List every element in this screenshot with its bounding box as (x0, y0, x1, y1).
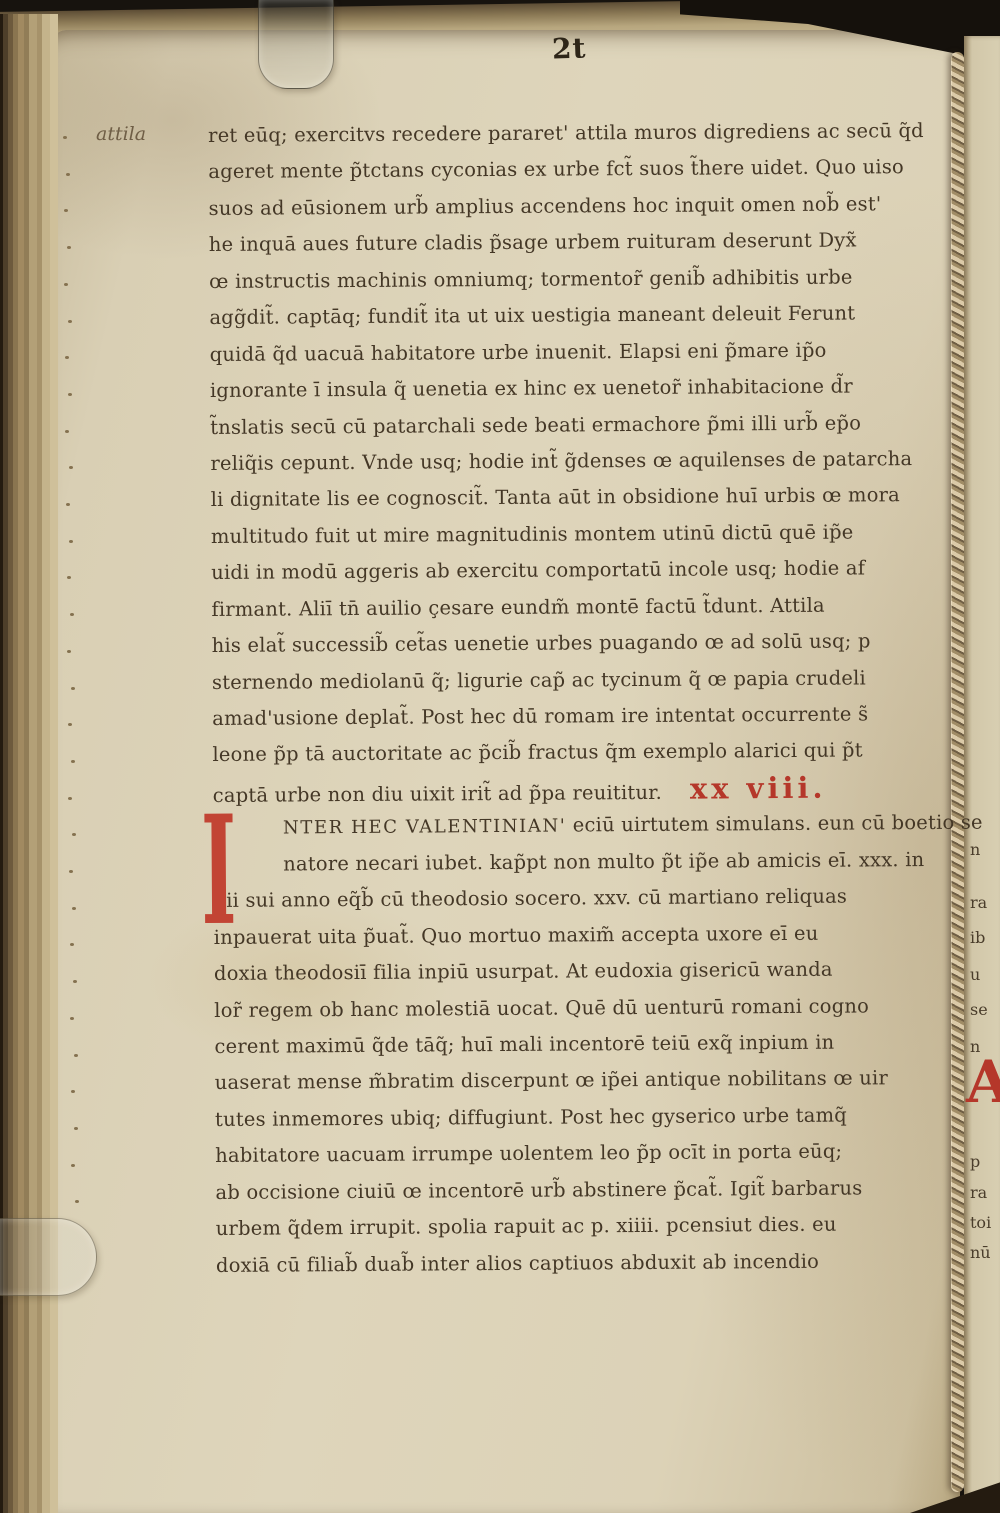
manuscript-line: t̃nslatis secū cū patarchali sede beati … (210, 404, 958, 446)
manuscript-line: captā urbe non diu uixit irit̃ ad p̃pa r… (213, 769, 961, 811)
prick-dot (74, 1054, 78, 1057)
manuscript-line: suos ad eūsionem urb̃ amplius accendens … (209, 186, 957, 228)
manuscript-line: ret eūq; exercitvs recedere pararet' att… (208, 113, 956, 155)
manuscript-line: firmant. Aliī tn̄ auilio çesare eundm̃ m… (211, 586, 959, 628)
manuscript-line: quidā q̃d uacuā habitatore urbe inuenit.… (210, 331, 958, 373)
manuscript-line: agg̃dit̃. captāq; fundit̃ ita ut uix ues… (209, 295, 957, 337)
manuscript-line: ageret mente p̃tctans cyconias ex urbe f… (208, 149, 956, 191)
prick-dot (72, 907, 76, 910)
prick-dot (66, 503, 70, 506)
manuscript-line: doxiā cū filiab̃ duab̃ inter alios capti… (216, 1242, 964, 1284)
manuscript-line: cerent maximū q̃de tāq̃; huī mali incent… (214, 1024, 962, 1066)
prick-dot (63, 136, 67, 139)
manuscript-line: tutes inmemores ubiq; diffugiunt. Post h… (215, 1097, 963, 1139)
next-page-text-fragment: ra (970, 893, 987, 912)
next-page-text-fragment: ra (970, 1183, 987, 1202)
manuscript-line: doxia theodosiī filia inpiū usurpat. At … (214, 951, 962, 993)
prick-dot (71, 687, 75, 690)
manuscript-line-caps: NTER HEC VALENTINIAN' (283, 816, 567, 839)
prick-dot (65, 430, 69, 433)
next-page-text-fragment: p (970, 1152, 980, 1171)
manuscript-line: li dignitate lis ee cognoscit̃. Tanta aū… (211, 477, 959, 519)
next-page-text-fragment: nū (970, 1243, 991, 1262)
manuscript-line: his elat̃ successib̃ cet̃as uenetie urbe… (212, 623, 960, 665)
manuscript-line: reliq̃is cepunt. Vnde usq; hodie int̃ g̃… (210, 441, 958, 483)
next-page-text-fragment: se (970, 1000, 988, 1019)
manuscript-line: NTER HEC VALENTINIAN' eciū uirtutem simu… (213, 805, 961, 847)
prick-dot (69, 540, 73, 543)
next-page-text-fragment: u (970, 965, 980, 984)
prick-dot (68, 797, 72, 800)
text-block: I ret eūq; exercitvs recedere pararet' a… (208, 113, 964, 1298)
manuscript-line: œ instructis machinis omniumq; tormentor… (209, 259, 957, 301)
prick-dot (68, 320, 72, 323)
folio-number: 2t (551, 31, 587, 65)
manuscript-line: ab occisione ciuiū œ incentorē urb̃ abst… (215, 1169, 963, 1211)
page-clip-left (0, 1218, 97, 1296)
manuscript-line: uaserat mense m̃bratim discerpunt œ ip̃e… (215, 1060, 963, 1102)
manuscript-line: natore necari iubet. kap̃pt non multo p̃… (213, 842, 961, 884)
prick-dot (71, 760, 75, 763)
manuscript-line: habitatore uacuam irrumpe uolentem leo p… (215, 1133, 963, 1175)
manuscript-line: leone p̃p tā auctoritate ac p̃cib̃ fract… (212, 732, 960, 774)
manuscript-line: amad'usione deplat̃. Post hec dū romam i… (212, 696, 960, 738)
prick-dot (73, 980, 77, 983)
next-page-red-initial: A (966, 1048, 1000, 1116)
prick-dot (70, 1017, 74, 1020)
margin-note-attila: attila (96, 123, 146, 145)
manuscript-line: sternendo mediolanū q̃; ligurie cap̃ ac … (212, 659, 960, 701)
page-clip-top (258, 0, 334, 89)
manuscript-line: ignorante ī insula q̃ uenetia ex hinc ex… (210, 368, 958, 410)
prick-dot (70, 613, 74, 616)
manuscript-line: multitudo fuit ut mire magnitudinis mont… (211, 514, 959, 556)
next-page-text-fragment: ib (970, 928, 985, 947)
manuscript-line: inpauerat uita p̃uat̃. Quo mortuo maxim̃… (214, 914, 962, 956)
manuscript-line: urbem q̃dem irrupit. spolia rapuit ac p.… (216, 1206, 964, 1248)
next-page-text-fragment: n (970, 840, 980, 859)
manuscript-line: p̃ii sui anno eq̃b̃ cū theodosio socero.… (213, 878, 961, 920)
prick-dot (68, 393, 72, 396)
next-page-text-fragment: toi (970, 1213, 991, 1232)
next-page-sliver: nraibusenApratoinū (964, 36, 1000, 1513)
chapter-number-rubric: xx viii. (690, 771, 827, 806)
prick-dot (64, 283, 68, 286)
red-initial-letter: I (201, 796, 225, 952)
prick-dot (66, 173, 70, 176)
manuscript-line: he inquā aues future cladis p̃sage urbem… (209, 222, 957, 264)
prick-dot (69, 870, 73, 873)
prick-dot (71, 1164, 75, 1167)
prick-dot (67, 650, 71, 653)
prick-dot (67, 246, 71, 249)
manuscript-line: uidi in modū aggeris ab exercitu comport… (211, 550, 959, 592)
manuscript-line: lor̃ regem ob hanc molestiā uocat. Quē d… (214, 987, 962, 1029)
prick-dot (74, 1127, 78, 1130)
